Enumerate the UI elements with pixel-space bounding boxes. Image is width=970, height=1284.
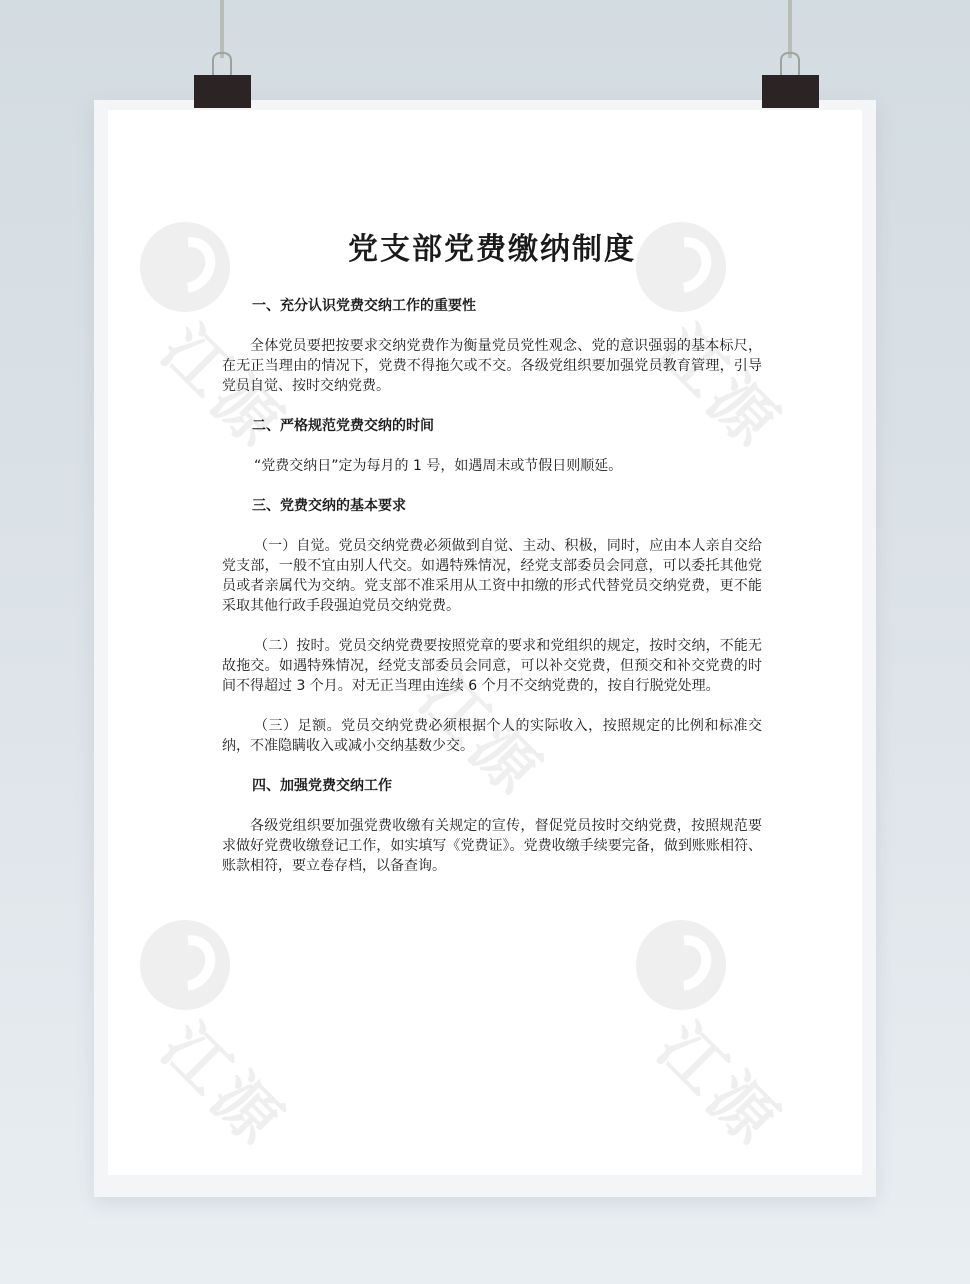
section-2-paragraph: “党费交纳日”定为每月的 1 号，如遇周末或节假日则顺延。 (222, 456, 762, 476)
watermark-text: 江源 (145, 1000, 309, 1164)
document-body: 党支部党费缴纳制度 一、充分认识党费交纳工作的重要性 全体党员要把按要求交纳党费… (222, 228, 762, 896)
paper-sheet: 江源 江源 江源 江源 江源 党支部党费缴纳制度 一、充分认识党费交纳工作的重要… (94, 100, 876, 1197)
watermark-bottom-right: 江源 (636, 920, 836, 1120)
section-3-paragraph-2: （二）按时。党员交纳党费要按照党章的要求和党组织的规定，按时交纳，不能无故拖交。… (222, 636, 762, 696)
hanging-string-right (788, 0, 792, 58)
paper-content-area: 江源 江源 江源 江源 江源 党支部党费缴纳制度 一、充分认识党费交纳工作的重要… (108, 110, 862, 1175)
section-heading-1: 一、充分认识党费交纳工作的重要性 (222, 296, 762, 316)
poster-mockup: 江源 江源 江源 江源 江源 党支部党费缴纳制度 一、充分认识党费交纳工作的重要… (0, 0, 970, 1284)
watermark-bottom-left: 江源 (140, 920, 340, 1120)
watermark-text: 江源 (641, 1000, 805, 1164)
swirl-logo-icon (636, 920, 726, 1010)
document-title: 党支部党费缴纳制度 (222, 228, 762, 272)
binder-clip-right (762, 75, 819, 108)
swirl-logo-icon (140, 222, 230, 312)
section-1-paragraph: 全体党员要把按要求交纳党费作为衡量党员党性观念、党的意识强弱的基本标尺，在无正当… (222, 336, 762, 396)
section-heading-4: 四、加强党费交纳工作 (222, 776, 762, 796)
section-3-paragraph-3: （三）足额。党员交纳党费必须根据个人的实际收入，按照规定的比例和标准交纳，不准隐… (222, 716, 762, 756)
binder-clip-left (194, 75, 251, 108)
hanging-string-left (220, 0, 224, 58)
section-heading-2: 二、严格规范党费交纳的时间 (222, 416, 762, 436)
section-3-paragraph-1: （一）自觉。党员交纳党费必须做到自觉、主动、积极，同时，应由本人亲自交给党支部，… (222, 536, 762, 616)
swirl-logo-icon (140, 920, 230, 1010)
section-heading-3: 三、党费交纳的基本要求 (222, 496, 762, 516)
section-4-paragraph: 各级党组织要加强党费收缴有关规定的宣传，督促党员按时交纳党费，按照规范要求做好党… (222, 816, 762, 876)
